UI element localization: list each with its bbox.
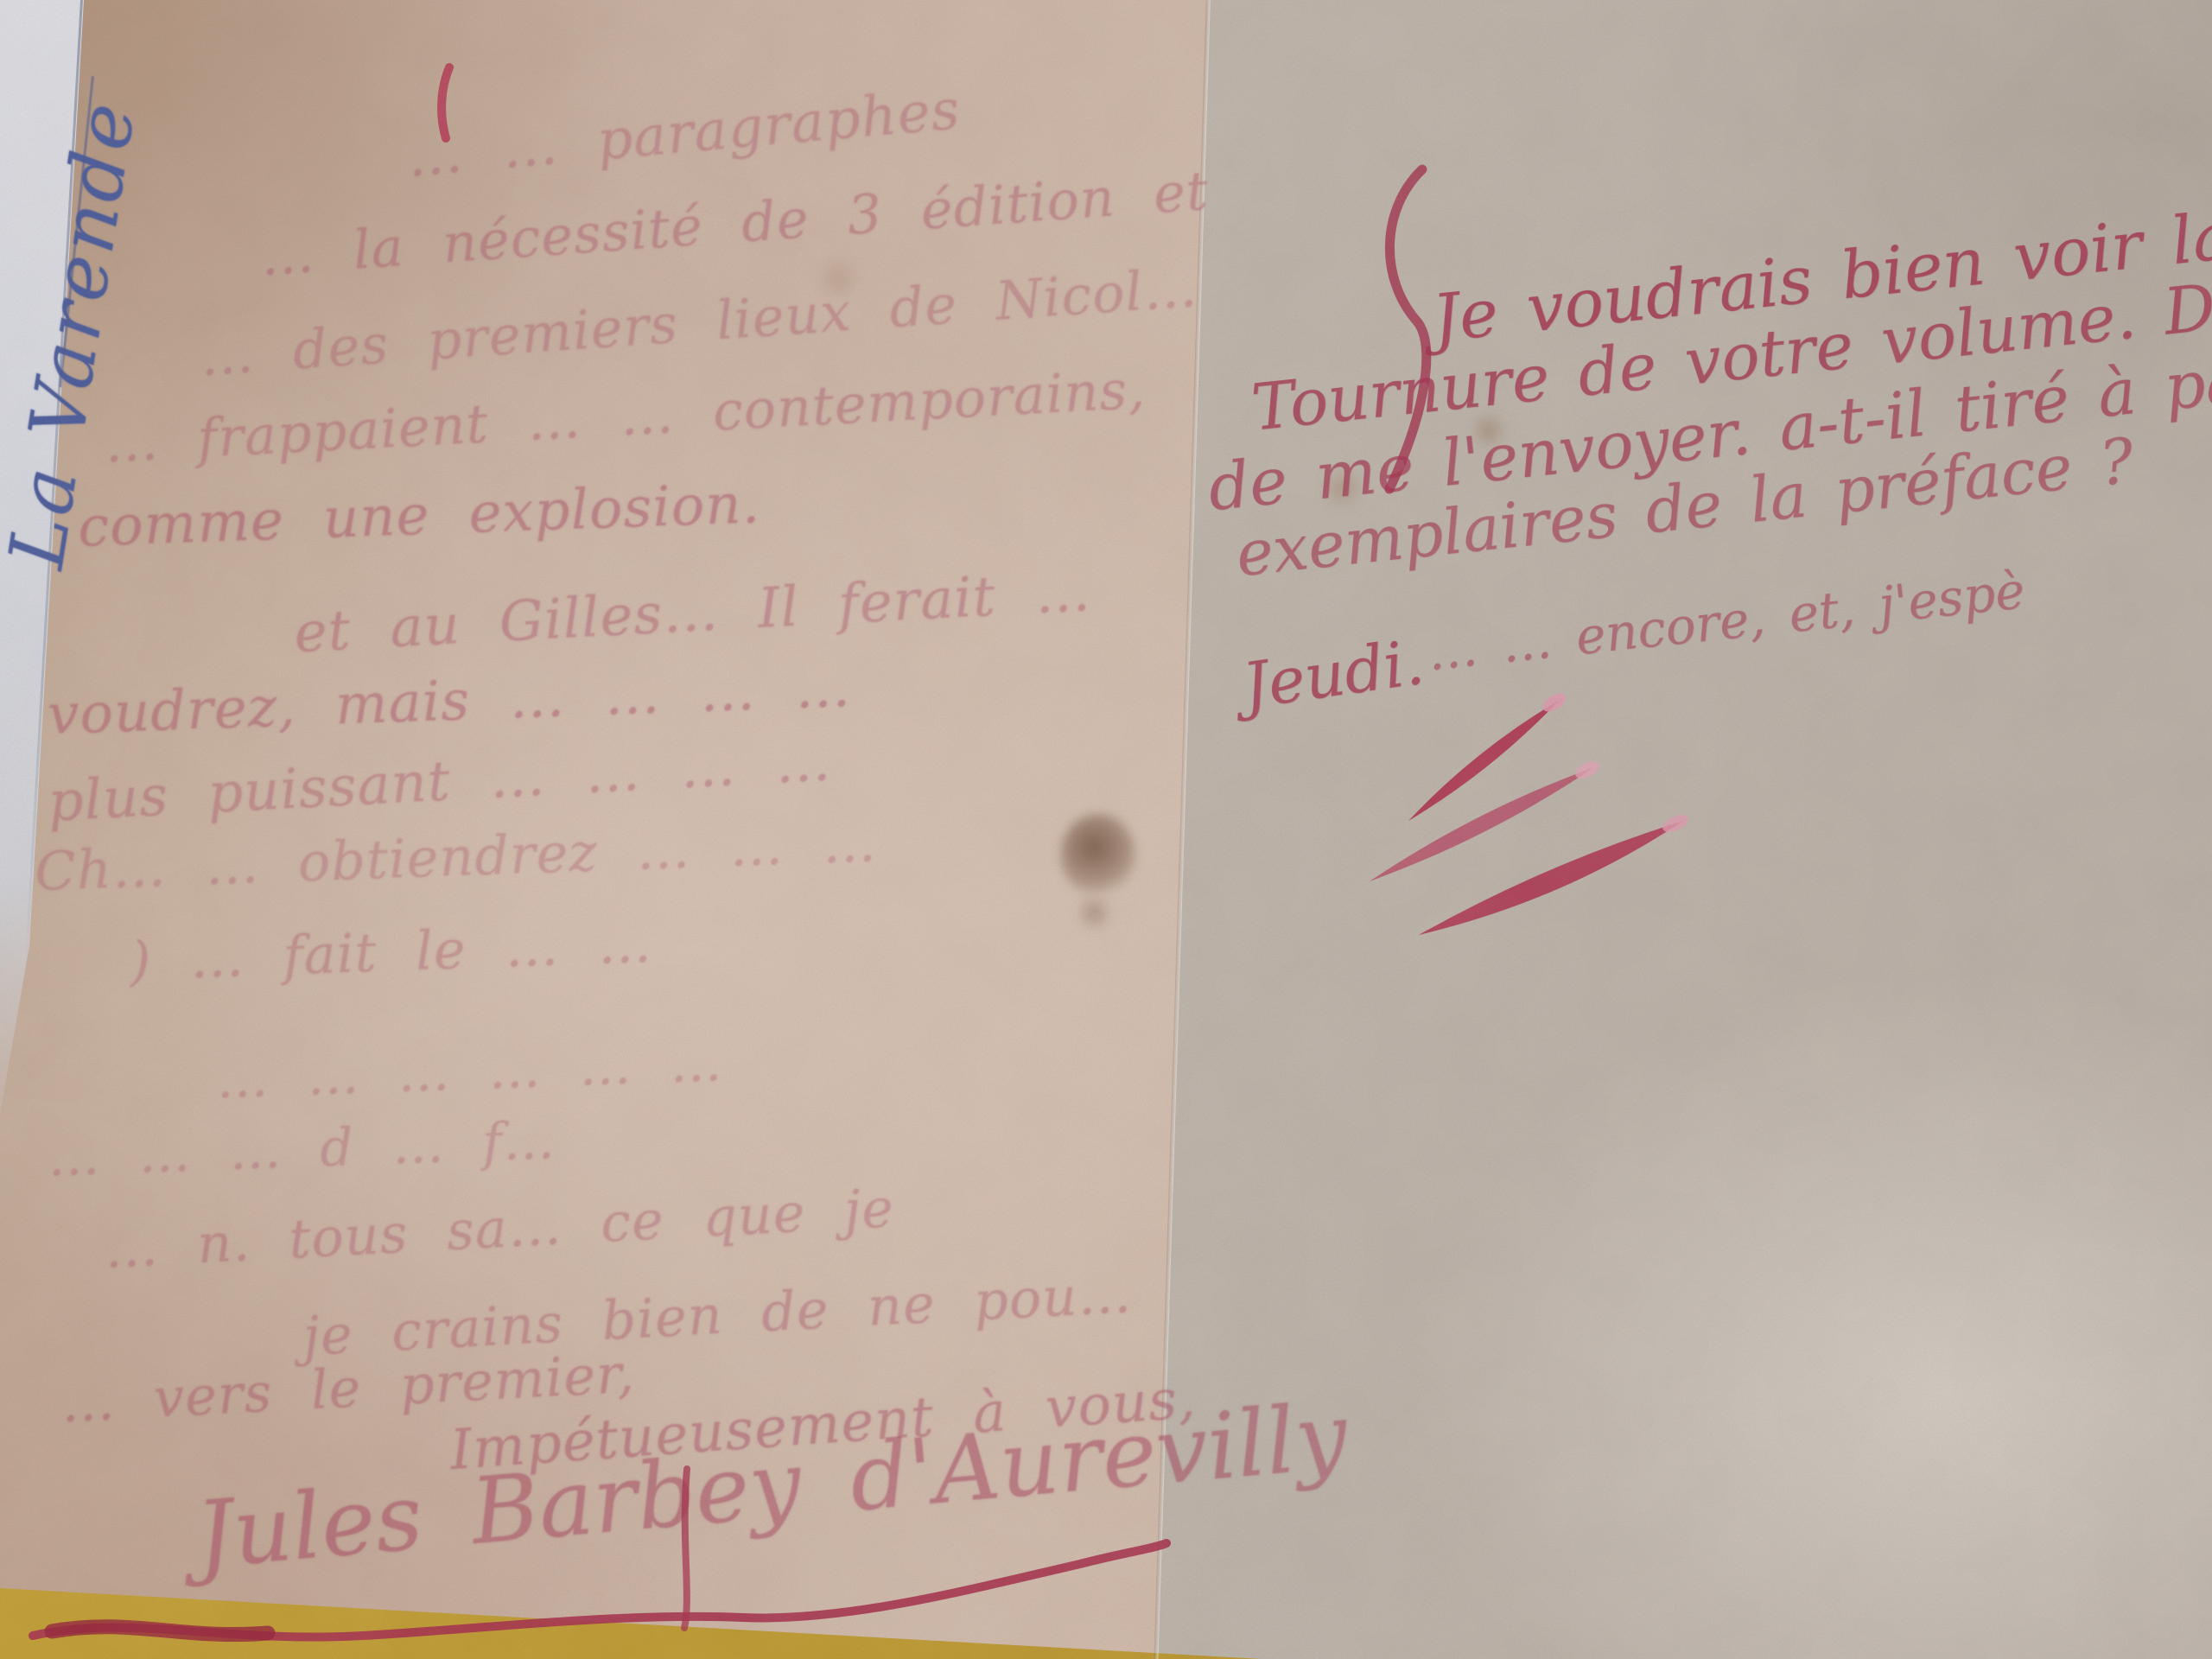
left-page-line: comme une explosion. (77, 472, 761, 560)
left-page-line: … … … d … f… (47, 1110, 556, 1188)
ink-blot-stain (1074, 895, 1114, 930)
left-page-line: et au Gilles… Il ferait … (293, 560, 1093, 665)
left-page-line: ) … fait le … … (129, 911, 653, 992)
left-page-line: … n. tous sa… ce que je (103, 1176, 896, 1281)
left-page-line: … … paragraphes (404, 78, 963, 190)
letter-photograph: La Varende … … paragraphes … la nécessit… (0, 0, 2212, 1659)
ink-blot-stain (1061, 814, 1135, 897)
left-page-line: … … … … … … (215, 1033, 723, 1110)
